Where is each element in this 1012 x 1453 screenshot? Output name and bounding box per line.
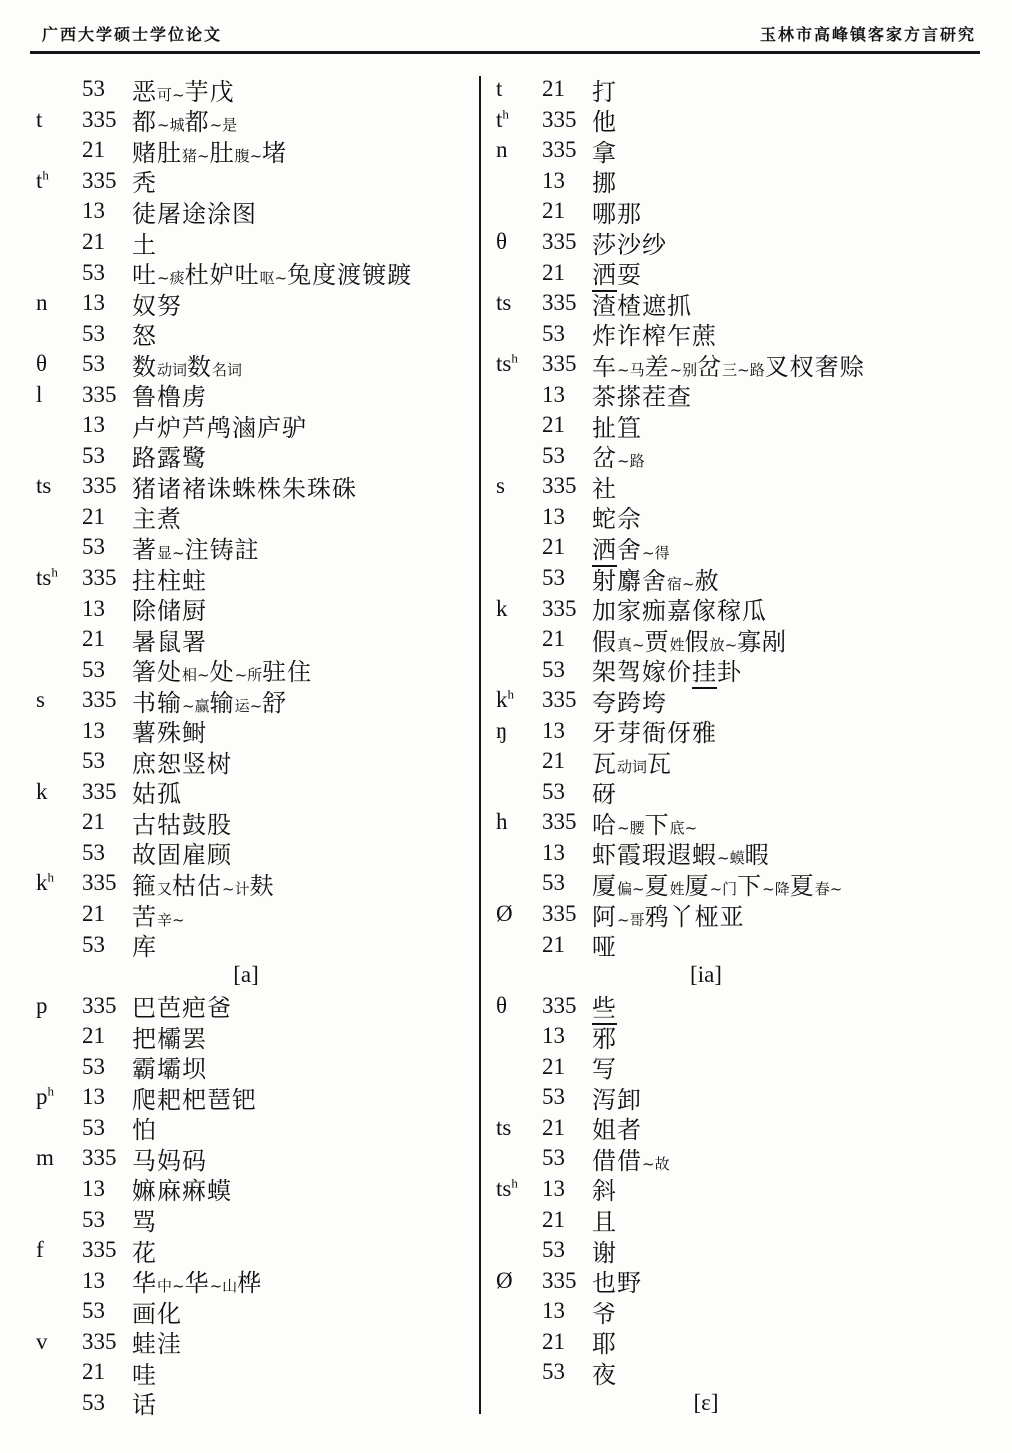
running-header-right: 玉林市高峰镇客家方言研究 — [760, 22, 976, 45]
example-characters: 哑 — [592, 927, 617, 962]
initial-label: kh — [496, 687, 542, 713]
entry-row: 53吐~痰杜妒吐呕~兔度渡镀踱 — [36, 257, 476, 288]
entry-row: n335拿 — [496, 135, 1008, 166]
tone-value: 335 — [542, 993, 592, 1019]
entry-row: th335秃 — [36, 166, 476, 197]
tone-value: 13 — [542, 382, 592, 408]
entry-row: 13爷 — [496, 1296, 1008, 1327]
entry-row: 53谢 — [496, 1235, 1008, 1266]
initial-label: s — [36, 687, 82, 713]
tone-value: 53 — [82, 443, 132, 469]
tone-value: 53 — [542, 1145, 592, 1171]
tone-value: 53 — [542, 321, 592, 347]
entry-row: 13徒屠途涂图 — [36, 196, 476, 227]
initial-label: n — [496, 137, 542, 163]
initial-label: tsh — [496, 1176, 542, 1202]
initial-label: th — [496, 107, 542, 133]
entry-row: ph13爬耙杷琶钯 — [36, 1082, 476, 1113]
tone-value: 21 — [542, 932, 592, 958]
tone-value: 335 — [82, 565, 132, 591]
tone-value: 335 — [82, 1145, 132, 1171]
entry-row: 21哑 — [496, 929, 1008, 960]
initial-label: θ — [496, 993, 542, 1019]
entry-row: m335马妈码 — [36, 1143, 476, 1174]
entry-row: 21土 — [36, 227, 476, 258]
entry-row: tsh335车~马差~别岔三~路叉杈奢赊 — [496, 349, 1008, 380]
entry-row: 21耶 — [496, 1326, 1008, 1357]
initial-label: θ — [496, 229, 542, 255]
entry-row: 53夜 — [496, 1357, 1008, 1388]
initial-label: f — [36, 1237, 82, 1263]
tone-value: 13 — [82, 596, 132, 622]
tone-value: 53 — [82, 1115, 132, 1141]
tone-value: 21 — [542, 412, 592, 438]
entry-row: 53砑 — [496, 777, 1008, 808]
tone-value: 335 — [82, 1237, 132, 1263]
entry-row: ŋ13牙芽衙伢雅 — [496, 715, 1008, 746]
entry-row: 53箸处相~处~所驻住 — [36, 654, 476, 685]
tone-value: 335 — [542, 137, 592, 163]
tone-value: 53 — [82, 351, 132, 377]
tone-value: 53 — [82, 1207, 132, 1233]
tone-value: 53 — [82, 76, 132, 102]
entry-row: 13嫲麻痳蟆 — [36, 1174, 476, 1205]
entry-row: s335社 — [496, 471, 1008, 502]
tone-value: 335 — [82, 993, 132, 1019]
tone-value: 21 — [542, 1207, 592, 1233]
tone-value: 13 — [82, 1084, 132, 1110]
entry-row: 21苦辛~ — [36, 899, 476, 930]
entry-row: 13卢炉芦鸬滷庐驴 — [36, 410, 476, 441]
entry-row: 53借借~故 — [496, 1143, 1008, 1174]
tone-value: 13 — [542, 1298, 592, 1324]
entry-row: 21暑鼠署 — [36, 624, 476, 655]
tone-value: 53 — [542, 870, 592, 896]
entry-row: 53著显~注铸註 — [36, 532, 476, 563]
entry-row: 21洒耍 — [496, 257, 1008, 288]
tone-value: 21 — [542, 534, 592, 560]
initial-label: tsh — [496, 351, 542, 377]
header-rule — [30, 51, 980, 54]
entry-row: 53霸壩坝 — [36, 1052, 476, 1083]
initial-label: Ø — [496, 1268, 542, 1294]
tone-value: 21 — [542, 198, 592, 224]
entry-row: 21古牯鼓股 — [36, 807, 476, 838]
entry-row: t21打 — [496, 74, 1008, 105]
tone-value: 13 — [82, 198, 132, 224]
entry-row: ts21姐者 — [496, 1113, 1008, 1144]
tone-value: 335 — [542, 1268, 592, 1294]
scanned-thesis-page: 广西大学硕士学位论文 玉林市高峰镇客家方言研究 53恶可~芋戊t335都~城都~… — [0, 0, 1012, 1453]
tone-value: 13 — [82, 1268, 132, 1294]
entry-row: 13挪 — [496, 166, 1008, 197]
tone-value: 21 — [82, 504, 132, 530]
rime-label: [ε] — [694, 1390, 719, 1416]
initial-label: k — [36, 779, 82, 805]
entry-row: k335加家痂嘉傢稼瓜 — [496, 593, 1008, 624]
tone-value: 335 — [542, 473, 592, 499]
entry-row: tsh335拄柱蛀 — [36, 563, 476, 594]
tone-value: 53 — [542, 1084, 592, 1110]
running-header-left: 广西大学硕士学位论文 — [42, 22, 222, 45]
entry-row: 13华中~华~山桦 — [36, 1265, 476, 1296]
tone-value: 13 — [542, 840, 592, 866]
rime-label: [a] — [233, 962, 259, 988]
initial-label: ts — [36, 473, 82, 499]
tone-value: 335 — [82, 687, 132, 713]
tone-value: 21 — [542, 1115, 592, 1141]
entry-row: 21扯笡 — [496, 410, 1008, 441]
entry-row: s335书输~赢输运~舒 — [36, 685, 476, 716]
tone-value: 13 — [82, 412, 132, 438]
entry-row: 53骂 — [36, 1204, 476, 1235]
tone-value: 335 — [82, 382, 132, 408]
entry-row: k335姑孤 — [36, 777, 476, 808]
initial-label: ts — [496, 290, 542, 316]
initial-label: θ — [36, 351, 82, 377]
tone-value: 21 — [542, 260, 592, 286]
tone-value: 53 — [82, 932, 132, 958]
initial-label: v — [36, 1329, 82, 1355]
entry-row: 13邪 — [496, 1021, 1008, 1052]
initial-label: tsh — [36, 565, 82, 591]
tone-value: 53 — [82, 534, 132, 560]
initial-label: p — [36, 993, 82, 1019]
rime-section-header: [ia] — [496, 960, 916, 991]
tone-value: 335 — [542, 229, 592, 255]
tone-value: 335 — [82, 779, 132, 805]
entry-row: 21哇 — [36, 1357, 476, 1388]
entry-row: h335哈~腰下底~ — [496, 807, 1008, 838]
entry-row: θ335些 — [496, 990, 1008, 1021]
entry-row: 53厦偏~夏姓厦~门下~降夏春~ — [496, 868, 1008, 899]
tone-value: 53 — [542, 1359, 592, 1385]
entry-row: 53岔~路 — [496, 441, 1008, 472]
rime-label: [ia] — [690, 962, 722, 988]
entry-row: 53怕 — [36, 1113, 476, 1144]
entry-row: 53庶恕竖树 — [36, 746, 476, 777]
initial-label: k — [496, 596, 542, 622]
entry-row: 53恶可~芋戊 — [36, 74, 476, 105]
tone-value: 21 — [542, 76, 592, 102]
tone-value: 53 — [82, 260, 132, 286]
entry-row: t335都~城都~是 — [36, 105, 476, 136]
tone-value: 335 — [542, 351, 592, 377]
initial-label: n — [36, 290, 82, 316]
entry-row: p335巴芭疤爸 — [36, 990, 476, 1021]
tone-value: 53 — [542, 443, 592, 469]
entry-row: 53画化 — [36, 1296, 476, 1327]
entry-row: 21且 — [496, 1204, 1008, 1235]
initial-label: ŋ — [496, 718, 542, 744]
entry-row: 21主煮 — [36, 502, 476, 533]
tone-value: 21 — [542, 626, 592, 652]
entry-row: θ335莎沙纱 — [496, 227, 1008, 258]
example-characters: 库 — [132, 927, 157, 962]
entry-row: 53路露鹭 — [36, 441, 476, 472]
tone-value: 335 — [542, 596, 592, 622]
tone-value: 335 — [82, 473, 132, 499]
entry-row: Ø335阿~哥鸦丫桠亚 — [496, 899, 1008, 930]
tone-value: 53 — [82, 840, 132, 866]
entry-row: 21假真~贾姓假放~寡剐 — [496, 624, 1008, 655]
tone-value: 13 — [542, 504, 592, 530]
tone-value: 21 — [82, 137, 132, 163]
tone-value: 21 — [82, 1359, 132, 1385]
tone-value: 335 — [82, 107, 132, 133]
entry-row: ts335渣楂遮抓 — [496, 288, 1008, 319]
rime-section-header: [ε] — [496, 1388, 916, 1419]
entry-row: Ø335也野 — [496, 1265, 1008, 1296]
right-column: t21打th335他n335拿13挪21哪那θ335莎沙纱21洒耍ts335渣楂… — [496, 74, 1008, 1418]
tone-value: 21 — [542, 1329, 592, 1355]
entry-row: kh335夸跨垮 — [496, 685, 1008, 716]
tone-value: 335 — [542, 809, 592, 835]
tone-value: 21 — [542, 748, 592, 774]
left-column: 53恶可~芋戊t335都~城都~是21赌肚猪~肚腹~堵th335秃13徒屠途涂图… — [36, 74, 476, 1418]
initial-label: l — [36, 382, 82, 408]
initial-label: t — [496, 76, 542, 102]
tone-value: 13 — [542, 1023, 592, 1049]
entry-row: 21洒舍~得 — [496, 532, 1008, 563]
tone-value: 335 — [82, 870, 132, 896]
entry-row: th335他 — [496, 105, 1008, 136]
entry-row: 13蛇佘 — [496, 502, 1008, 533]
tone-value: 53 — [542, 565, 592, 591]
initial-label: kh — [36, 870, 82, 896]
tone-value: 21 — [82, 229, 132, 255]
tone-value: 13 — [82, 718, 132, 744]
tone-value: 13 — [542, 1176, 592, 1202]
column-divider — [479, 76, 481, 1414]
initial-label: h — [496, 809, 542, 835]
entry-row: 53库 — [36, 929, 476, 960]
entry-row: 53泻卸 — [496, 1082, 1008, 1113]
tone-value: 21 — [82, 901, 132, 927]
entry-row: 21赌肚猪~肚腹~堵 — [36, 135, 476, 166]
entry-row: 13除储厨 — [36, 593, 476, 624]
entry-row: θ53数动词数名词 — [36, 349, 476, 380]
tone-value: 21 — [82, 1023, 132, 1049]
tone-value: 21 — [542, 1054, 592, 1080]
rime-section-header: [a] — [36, 960, 456, 991]
tone-value: 335 — [82, 1329, 132, 1355]
entry-row: 53故固雇顾 — [36, 838, 476, 869]
tone-value: 13 — [82, 290, 132, 316]
initial-label: ts — [496, 1115, 542, 1141]
tone-value: 21 — [82, 626, 132, 652]
entry-row: kh335箍又枯估~计麸 — [36, 868, 476, 899]
entry-row: 53射麝舍宿~赦 — [496, 563, 1008, 594]
entry-row: 21哪那 — [496, 196, 1008, 227]
entry-row: 53话 — [36, 1388, 476, 1419]
initial-label: s — [496, 473, 542, 499]
tone-value: 53 — [82, 1298, 132, 1324]
entry-row: v335蛙洼 — [36, 1326, 476, 1357]
tone-value: 53 — [542, 779, 592, 805]
entry-row: 13薯殊鲥 — [36, 715, 476, 746]
entry-row: 21写 — [496, 1052, 1008, 1083]
entry-row: tsh13斜 — [496, 1174, 1008, 1205]
tone-value: 335 — [542, 290, 592, 316]
tone-value: 53 — [82, 321, 132, 347]
entry-row: f335花 — [36, 1235, 476, 1266]
initial-label: Ø — [496, 901, 542, 927]
entry-row: l335鲁橹虏 — [36, 379, 476, 410]
example-characters: 话 — [132, 1385, 157, 1420]
tone-value: 53 — [82, 657, 132, 683]
entry-row: 21瓦动词瓦 — [496, 746, 1008, 777]
entry-row: ts335猪诸褚诛蛛株朱珠硃 — [36, 471, 476, 502]
entry-row: 13虾霞瑕遐蝦~蟆暇 — [496, 838, 1008, 869]
initial-label: t — [36, 107, 82, 133]
entry-row: 53炸诈榨乍蔗 — [496, 318, 1008, 349]
tone-value: 13 — [542, 168, 592, 194]
entry-row: 53怒 — [36, 318, 476, 349]
tone-value: 53 — [542, 1237, 592, 1263]
tone-value: 335 — [82, 168, 132, 194]
entry-row: 21把欛罢 — [36, 1021, 476, 1052]
initial-label: th — [36, 168, 82, 194]
initial-label: m — [36, 1145, 82, 1171]
initial-label: ph — [36, 1084, 82, 1110]
entry-row: 53架驾嫁价挂卦 — [496, 654, 1008, 685]
tone-value: 53 — [82, 748, 132, 774]
tone-value: 335 — [542, 901, 592, 927]
tone-value: 53 — [542, 657, 592, 683]
tone-value: 335 — [542, 687, 592, 713]
tone-value: 53 — [82, 1054, 132, 1080]
example-characters: 夜 — [592, 1355, 617, 1390]
tone-value: 13 — [542, 718, 592, 744]
entry-row: n13奴努 — [36, 288, 476, 319]
tone-value: 13 — [82, 1176, 132, 1202]
tone-value: 21 — [82, 809, 132, 835]
tone-value: 335 — [542, 107, 592, 133]
tone-value: 53 — [82, 1390, 132, 1416]
entry-row: 13茶搽茬查 — [496, 379, 1008, 410]
